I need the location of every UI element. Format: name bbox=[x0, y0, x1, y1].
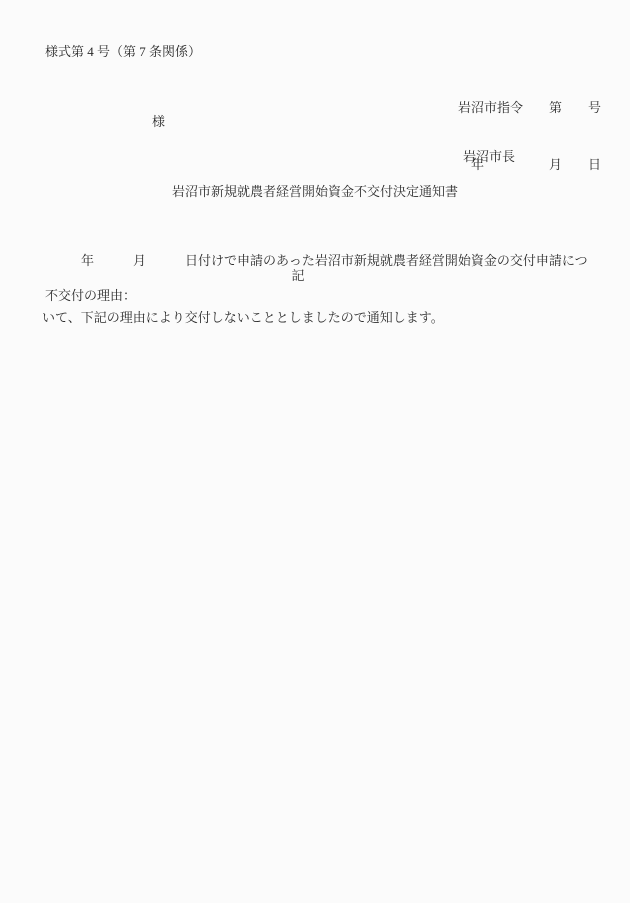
recipient-honorific: 様 bbox=[152, 112, 165, 131]
issuer-mayor: 岩沼市長 bbox=[463, 147, 515, 166]
non-grant-reason-label: 不交付の理由： bbox=[45, 286, 136, 305]
body-line-2: いて、下記の理由により交付しないこととしましたので通知します。 bbox=[42, 308, 602, 327]
record-marker: 記 bbox=[0, 266, 596, 285]
directive-number-line: 岩沼市指令 第 号 bbox=[458, 98, 601, 117]
document-page: 様式第 4 号（第 7 条関係） 岩沼市指令 第 号 年 月 日 様 岩沼市長 … bbox=[0, 0, 630, 903]
form-number: 様式第 4 号（第 7 条関係） bbox=[45, 42, 201, 61]
document-title: 岩沼市新規就農者経営開始資金不交付決定通知書 bbox=[0, 182, 630, 201]
